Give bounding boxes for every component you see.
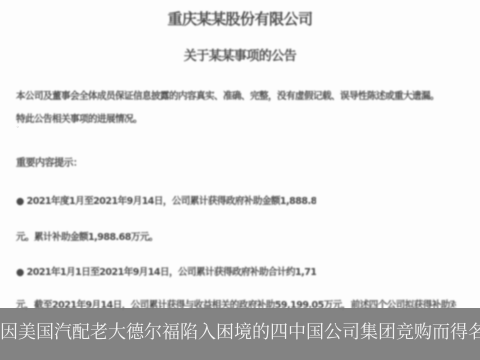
paragraph-mark: ◦	[16, 124, 20, 131]
video-caption: 因美国汽配老大德尔福陷入困境的四中国公司集团竞购而得名	[0, 318, 480, 344]
bullet-item: ● 2021年度1月至2021年9月14日，公司累计获得政府补助金额1,888.…	[16, 193, 316, 207]
intro-paragraph-line-2: 特此公告相关事项的进展情况。	[16, 111, 216, 125]
section-heading: 重要内容提示：	[16, 154, 83, 169]
document-subtitle: 关于某某事项的公告	[0, 45, 480, 64]
bullet-item: 元。累计补助金额1,988.68万元。	[16, 229, 156, 243]
document-page: 重庆某某股份有限公司 关于某某事项的公告 本公司及董事会全体成员保证信息披露的内…	[0, 0, 480, 360]
document-title: 重庆某某股份有限公司	[0, 8, 480, 29]
intro-paragraph-line-1: 本公司及董事会全体成员保证信息披露的内容真实、准确、完整，没有虚假记载、误导性陈…	[16, 88, 466, 102]
bullet-item: ● 2021年1月1日至2021年9月14日，公司累计获得政府补助合计约1,71…	[16, 264, 316, 278]
